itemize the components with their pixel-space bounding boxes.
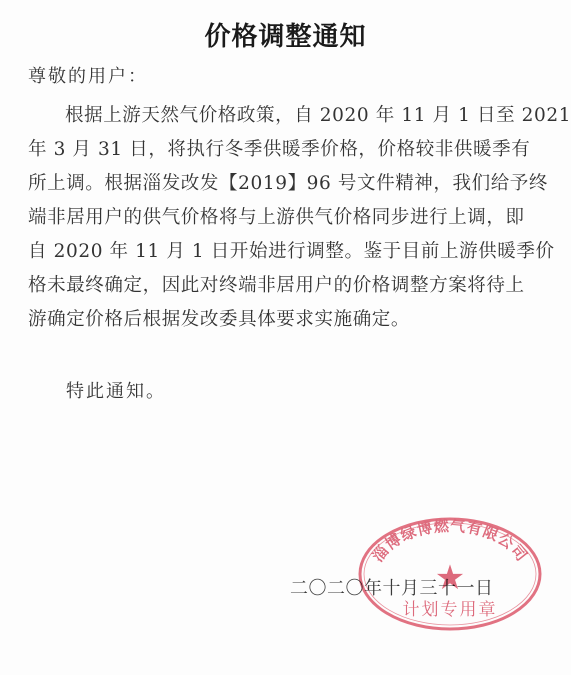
body-line: 根据上游天然气价格政策，自 2020 年 11 月 1 日至 2021 bbox=[28, 99, 550, 133]
document-page: 价格调整通知 尊敬的用户： 根据上游天然气价格政策，自 2020 年 11 月 … bbox=[0, 0, 571, 675]
seal-bottom-text: 计划专用章 bbox=[403, 599, 498, 620]
body-line: 年 3 月 31 日，将执行冬季供暖季价格，价格较非供暖季有 bbox=[28, 133, 550, 167]
company-seal-icon: 淄博绿博燃气有限公司 ★ 计划专用章 bbox=[355, 515, 545, 633]
body-line: 所上调。根据淄发改发【2019】96 号文件精神，我们给予终 bbox=[28, 167, 550, 201]
seal-star-icon: ★ bbox=[435, 558, 465, 598]
body-line: 端非居用户的供气价格将与上游供气价格同步进行上调，即 bbox=[28, 201, 550, 235]
body-line: 格未最终确定，因此对终端非居用户的价格调整方案将待上 bbox=[28, 269, 550, 303]
closing-remark: 特此通知。 bbox=[66, 377, 166, 403]
document-title: 价格调整通知 bbox=[0, 16, 571, 53]
salutation: 尊敬的用户： bbox=[28, 62, 148, 88]
body-line: 自 2020 年 11 月 1 日开始进行调整。鉴于目前上游供暖季价 bbox=[28, 235, 550, 269]
body-line: 游确定价格后根据发改委具体要求实施确定。 bbox=[28, 303, 550, 337]
notice-body: 根据上游天然气价格政策，自 2020 年 11 月 1 日至 2021 年 3 … bbox=[28, 99, 550, 337]
